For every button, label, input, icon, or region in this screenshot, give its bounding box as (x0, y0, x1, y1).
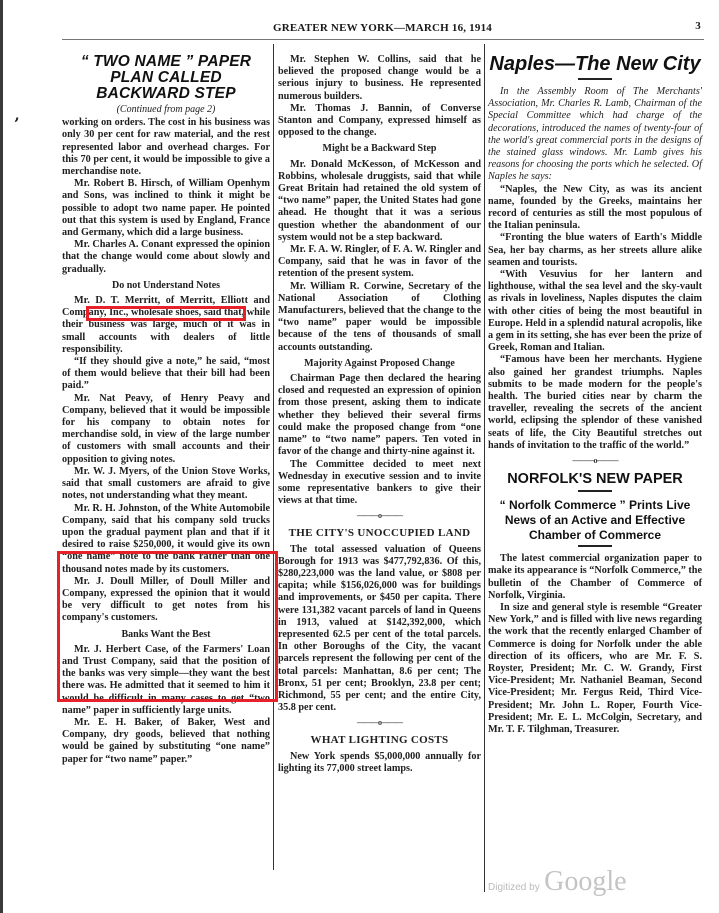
subhead-might-be-a-backward-step: Might be a Backward Step (278, 143, 481, 155)
paragraph: Mr. Thomas J. Bannin, of Converse Stanto… (278, 103, 481, 140)
page-number: 3 (695, 20, 701, 32)
paragraph: Mr. J. Herbert Case, of the Farmers' Loa… (62, 644, 270, 717)
column-3: Naples—The New City In the Assembly Room… (488, 52, 702, 736)
highlighted-paragraph: Mr. R. H. Johnston, of the White Automob… (62, 503, 270, 576)
paragraph: Mr. E. H. Baker, of Baker, West and Comp… (62, 717, 270, 766)
paragraph: “Fronting the blue waters of Earth's Mid… (488, 232, 702, 269)
paragraph: Mr. William R. Corwine, Secretary of the… (278, 281, 481, 354)
paragraph: The latest commercial organization paper… (488, 553, 702, 602)
highlighted-paragraph: Mr. J. Doull Miller, of Doull Miller and… (62, 576, 270, 625)
title-rule (578, 545, 612, 547)
paragraph: The Committee decided to meet next Wedne… (278, 459, 481, 508)
column-rule-1 (273, 44, 274, 870)
running-title: GREATER NEW YORK—MARCH 16, 1914 (60, 22, 705, 34)
subhead-do-not-understand-notes: Do not Understand Notes (62, 280, 270, 292)
paragraph: “Famous have been her merchants. Hygiene… (488, 354, 702, 452)
headline-naples: Naples—The New City (488, 52, 702, 76)
headline-norfolk: NORFOLK'S NEW PAPER (488, 470, 702, 488)
stray-ink-mark: ’ (14, 114, 20, 133)
paragraph: Mr. Robert B. Hirsch, of William Openhym… (62, 178, 270, 239)
paragraph: The total assessed valuation of Queens B… (278, 544, 481, 715)
paragraph: Mr. Donald McKesson, of McKesson and Rob… (278, 159, 481, 244)
paragraph: Chairman Page then declared the hearing … (278, 373, 481, 458)
article-headline-two-name: “ TWO NAME ” PAPER PLAN CALLED BACKWARD … (62, 54, 270, 102)
section-divider: ———o——— (278, 511, 481, 521)
paragraph: “With Vesuvius for her lantern and light… (488, 269, 702, 354)
headline-lighting-costs: WHAT LIGHTING COSTS (278, 734, 481, 746)
paragraph: Mr. Stephen W. Collins, said that he bel… (278, 54, 481, 103)
subhead-majority-against: Majority Against Proposed Change (278, 358, 481, 370)
section-divider: ———o——— (488, 456, 702, 466)
title-rule (578, 490, 612, 492)
section-divider: ———o——— (278, 718, 481, 728)
paragraph: Mr. W. J. Myers, of the Union Stove Work… (62, 466, 270, 503)
norfolk-deck: “ Norfolk Commerce ” Prints Live News of… (488, 498, 702, 543)
column-2: Mr. Stephen W. Collins, said that he bel… (278, 54, 481, 775)
paragraph: Mr. F. A. W. Ringler, of F. A. W. Ringle… (278, 244, 481, 281)
headline-unoccupied-land: THE CITY'S UNOCCUPIED LAND (278, 527, 481, 539)
column-1: “ TWO NAME ” PAPER PLAN CALLED BACKWARD … (62, 54, 270, 766)
header-rule (62, 39, 704, 40)
page-header: GREATER NEW YORK—MARCH 16, 1914 3 (60, 20, 705, 40)
paragraph: “If they should give a note,” he said, “… (62, 356, 270, 393)
paragraph: New York spends $5,000,000 annually for … (278, 751, 481, 775)
google-logo: Google (544, 866, 626, 897)
page-edge (0, 0, 3, 913)
paragraph: Mr. Charles A. Conant expressed the opin… (62, 239, 270, 276)
paragraph: working on orders. The cost in his busin… (62, 117, 270, 178)
paragraph: “Naples, the New City, as was its ancien… (488, 184, 702, 233)
continued-note: (Continued from page 2) (62, 104, 270, 116)
subhead-banks-want-the-best: Banks Want the Best (62, 629, 270, 641)
paragraph: Mr. Nat Peavy, of Henry Peavy and Compan… (62, 393, 270, 466)
digitized-watermark: Digitized by Google (488, 866, 627, 898)
naples-intro: In the Assembly Room of The Merchants' A… (488, 86, 702, 184)
paragraph: In size and general style is resemble “G… (488, 602, 702, 736)
column-rule-2 (484, 44, 485, 892)
paragraph: Mr. D. T. Merritt, of Merritt, Elliott a… (62, 295, 270, 356)
watermark-prefix: Digitized by (488, 882, 540, 893)
title-rule (578, 78, 612, 80)
